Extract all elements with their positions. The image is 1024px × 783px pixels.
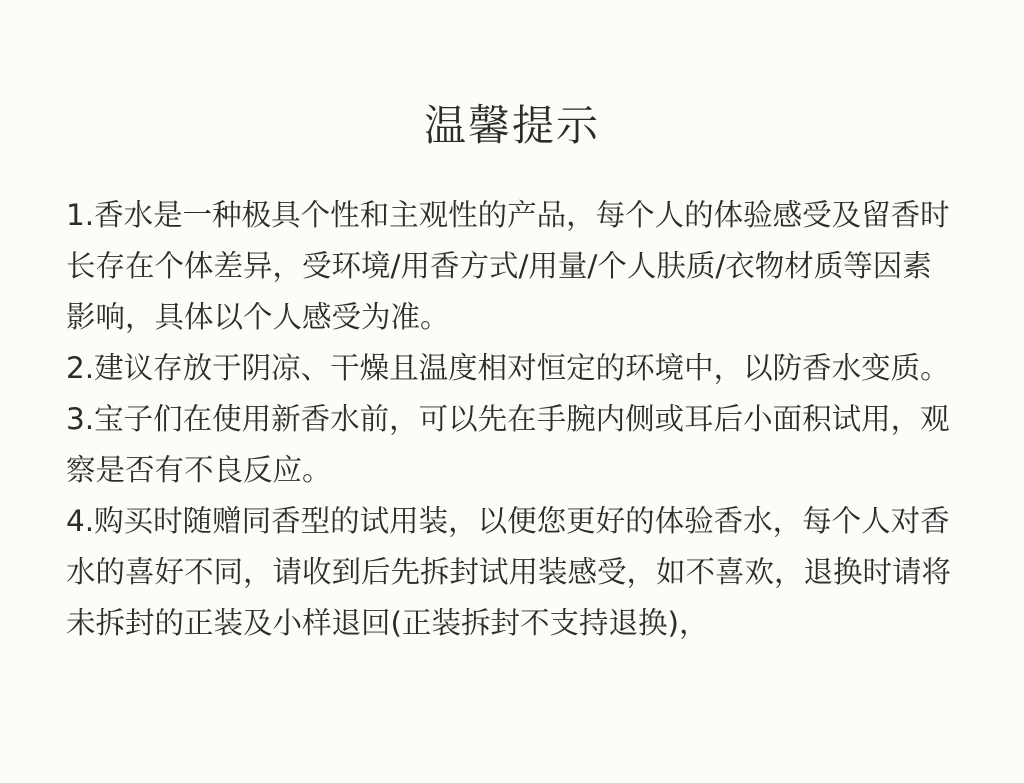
item-text: 宝子们在使用新香水前，可以先在手腕内侧或耳后小面积试用，观察是否有不良反应。 [66, 402, 950, 487]
notice-item-4: 4.购买时随赠同香型的试用装，以便您更好的体验香水，每个人对香水的喜好不同，请收… [66, 496, 958, 649]
item-number: 1. [66, 198, 94, 232]
page-title: 温馨提示 [0, 98, 1024, 154]
item-text: 建议存放于阴凉、干燥且温度相对恒定的环境中，以防香水变质。 [94, 351, 950, 385]
item-text: 香水是一种极具个性和主观性的产品，每个人的体验感受及留香时长存在个体差异，受环境… [66, 198, 950, 334]
item-text: 购买时随赠同香型的试用装，以便您更好的体验香水，每个人对香水的喜好不同，请收到后… [66, 504, 951, 640]
notice-item-2: 2.建议存放于阴凉、干燥且温度相对恒定的环境中，以防香水变质。 [66, 343, 958, 394]
notice-list: 1.香水是一种极具个性和主观性的产品，每个人的体验感受及留香时长存在个体差异，受… [66, 190, 958, 649]
item-number: 4. [66, 504, 94, 538]
notice-item-3: 3.宝子们在使用新香水前，可以先在手腕内侧或耳后小面积试用，观察是否有不良反应。 [66, 394, 958, 496]
item-number: 3. [66, 402, 94, 436]
notice-item-1: 1.香水是一种极具个性和主观性的产品，每个人的体验感受及留香时长存在个体差异，受… [66, 190, 958, 343]
notice-page: 温馨提示 1.香水是一种极具个性和主观性的产品，每个人的体验感受及留香时长存在个… [0, 0, 1024, 783]
item-number: 2. [66, 351, 94, 385]
